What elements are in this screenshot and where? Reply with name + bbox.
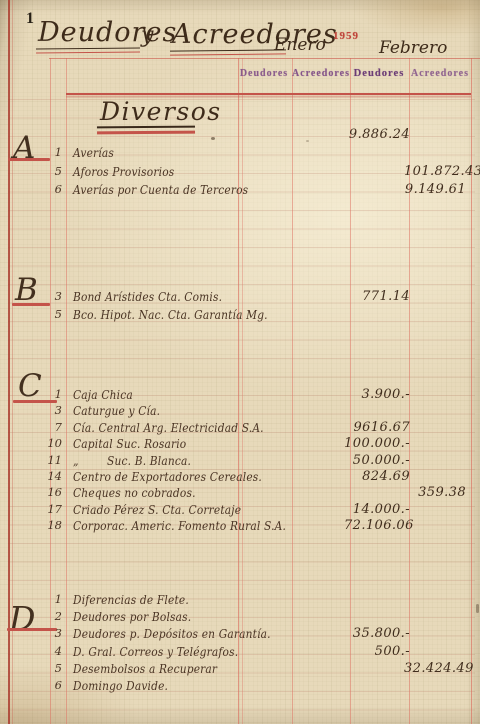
- header-top-rule: [49, 58, 480, 59]
- row-description: Averías: [73, 145, 114, 160]
- month-enero-label: Enero: [274, 35, 326, 55]
- ledger-page: 1 Deudores y Acreedores Enero 1959 Febre…: [0, 0, 480, 724]
- ledger-row: 3Bond Arístides Cta. Comis.771.14: [0, 289, 480, 305]
- ledger-row: 7Cía. Central Arg. Electricidad S.A.9616…: [0, 420, 480, 436]
- row-number: 7: [40, 420, 62, 434]
- title-underline-1: [36, 47, 140, 53]
- row-number: 16: [40, 485, 62, 499]
- row-number: 17: [40, 502, 62, 516]
- ledger-row: 5Desembolsos a Recuperar32.424.49: [0, 661, 480, 677]
- ledger-row: 17Criado Pérez S. Cta. Corretaje14.000.-: [0, 502, 480, 518]
- row-description: Deudores por Bolsas.: [73, 609, 191, 624]
- title-word-deudores: Deudores: [38, 17, 177, 48]
- amount-febrero-deudores: 771.14: [344, 289, 410, 304]
- row-description: Cía. Central Arg. Electricidad S.A.: [73, 420, 264, 435]
- row-number: 14: [40, 469, 62, 483]
- ink-speck: [211, 137, 215, 140]
- row-number: 4: [40, 644, 62, 658]
- row-number: 2: [40, 609, 62, 623]
- row-number: 11: [40, 453, 62, 467]
- ledger-row: 1Diferencias de Flete.: [0, 592, 480, 608]
- row-description: Aforos Provisorios: [73, 164, 174, 179]
- ledger-row: 10Capital Suc. Rosario100.000.-: [0, 436, 480, 452]
- row-description: Bco. Hipot. Nac. Cta. Garantía Mg.: [73, 307, 268, 322]
- ledger-row: 3Caturgue y Cía.: [0, 403, 480, 419]
- row-number: 6: [40, 182, 62, 196]
- title-conjunction: y: [141, 23, 153, 48]
- row-number: 6: [40, 678, 62, 692]
- row-number: 1: [40, 592, 62, 606]
- row-number: 1: [40, 145, 62, 159]
- column-header-enero-acreedores: Acreedores: [292, 68, 350, 79]
- edge-ink-mark: [476, 604, 479, 613]
- page-number: 1: [26, 10, 34, 28]
- ledger-row: 3Deudores p. Depósitos en Garantía.35.80…: [0, 626, 480, 642]
- ledger-row: 1Caja Chica3.900.-: [0, 387, 480, 403]
- amount-febrero-deudores: 100.000.-: [344, 436, 410, 451]
- ledger-row: 18Corporac. Americ. Fomento Rural S.A.72…: [0, 518, 480, 534]
- amount-febrero-deudores: 50.000.-: [344, 453, 410, 468]
- month-febrero-label: Febrero: [379, 38, 447, 58]
- ledger-row: 5Aforos Provisorios101.872.43: [0, 164, 480, 180]
- row-description: D. Gral. Correos y Telégrafos.: [73, 644, 238, 659]
- row-description: Desembolsos a Recuperar: [73, 661, 217, 676]
- year-stamp: 1959: [333, 30, 359, 42]
- amount-febrero-acreedores: 359.38: [404, 485, 466, 500]
- row-description: Deudores p. Depósitos en Garantía.: [73, 626, 271, 641]
- ledger-row: 14Centro de Exportadores Cereales.824.69: [0, 469, 480, 485]
- row-number: 3: [40, 289, 62, 303]
- ledger-row: 6Domingo Davide.: [0, 678, 480, 694]
- row-description: Bond Arístides Cta. Comis.: [73, 289, 222, 304]
- amount-febrero-deudores: 14.000.-: [344, 502, 410, 517]
- row-description: Capital Suc. Rosario: [73, 436, 186, 451]
- row-number: 5: [40, 307, 62, 321]
- amount-febrero-deudores: 3.900.-: [344, 387, 410, 402]
- row-description: Caturgue y Cía.: [73, 403, 160, 418]
- ledger-row: 2Deudores por Bolsas.: [0, 609, 480, 625]
- row-description: Averías por Cuenta de Terceros: [73, 182, 248, 197]
- row-description: Corporac. Americ. Fomento Rural S.A.: [73, 518, 286, 533]
- row-number: 5: [40, 164, 62, 178]
- row-number: 3: [40, 403, 62, 417]
- row-number: 18: [40, 518, 62, 532]
- ledger-row: 11„ Suc. B. Blanca.50.000.-: [0, 453, 480, 469]
- row-description: Caja Chica: [73, 387, 133, 402]
- ledger-row: 5Bco. Hipot. Nac. Cta. Garantía Mg.: [0, 307, 480, 323]
- row-description: Criado Pérez S. Cta. Corretaje: [73, 502, 241, 517]
- ledger-row: 6Averías por Cuenta de Terceros9.149.61: [0, 182, 480, 198]
- header-bottom-rule: [66, 93, 471, 95]
- row-description: Centro de Exportadores Cereales.: [73, 469, 262, 484]
- ink-speck: [306, 140, 309, 142]
- amount-febrero-deudores: 9.886.24: [344, 127, 410, 142]
- ledger-row: 1Averías: [0, 145, 480, 161]
- amount-febrero-deudores: 72.106.06: [344, 518, 410, 533]
- title-underline-2: [170, 49, 286, 55]
- row-description: „ Suc. B. Blanca.: [73, 453, 191, 468]
- amount-febrero-deudores: 9616.67: [344, 420, 410, 435]
- row-number: 5: [40, 661, 62, 675]
- row-number: 1: [40, 387, 62, 401]
- row-number: 10: [40, 436, 62, 450]
- row-description: Cheques no cobrados.: [73, 485, 196, 500]
- amount-febrero-acreedores: 32.424.49: [404, 661, 466, 676]
- row-description: Diferencias de Flete.: [73, 592, 189, 607]
- ledger-row: 16Cheques no cobrados.359.38: [0, 485, 480, 501]
- diversos-heading: Diversos: [100, 97, 222, 126]
- column-header-febrero-acreedores: Acreedores: [409, 68, 471, 79]
- ledger-row: 9.886.24: [0, 127, 480, 143]
- amount-febrero-acreedores: 9.149.61: [404, 182, 466, 197]
- amount-febrero-deudores: 500.-: [344, 644, 410, 659]
- amount-febrero-deudores: 824.69: [344, 469, 410, 484]
- amount-febrero-deudores: 35.800.-: [344, 626, 410, 641]
- row-description: Domingo Davide.: [73, 678, 168, 693]
- amount-febrero-acreedores: 101.872.43: [404, 164, 466, 179]
- column-header-febrero-deudores: Deudores: [349, 68, 409, 79]
- ledger-row: 4D. Gral. Correos y Telégrafos.500.-: [0, 644, 480, 660]
- column-header-enero-deudores: Deudores: [236, 68, 292, 79]
- row-number: 3: [40, 626, 62, 640]
